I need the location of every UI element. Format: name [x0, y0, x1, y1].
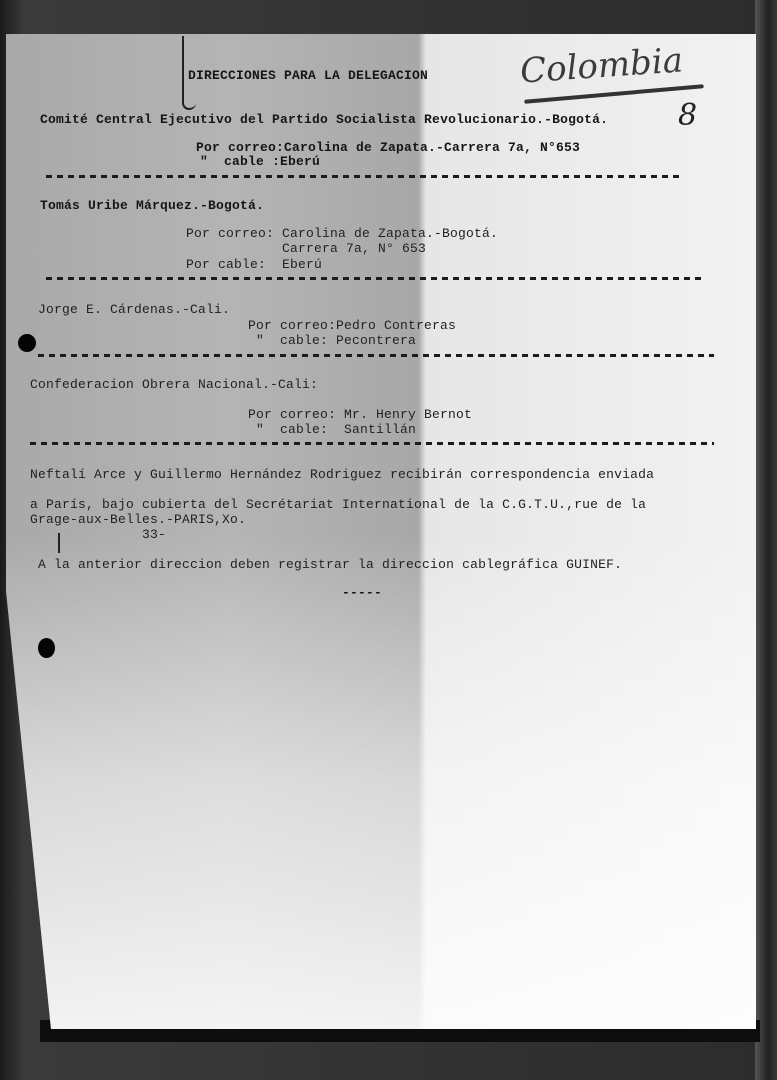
entry-line: Por correo: Mr. Henry Bernot: [248, 407, 472, 422]
entry-line: Por correo:Carolina de Zapata.-Carrera 7…: [196, 140, 580, 155]
document-title: DIRECCIONES PARA LA DELEGACION: [188, 68, 428, 83]
paragraph-line: A la anterior direccion deben registrar …: [38, 557, 622, 572]
entry-heading: Tomás Uribe Márquez.-Bogotá.: [40, 198, 264, 213]
paragraph-line: a París, bajo cubierta del Secrétariat I…: [30, 497, 646, 512]
punch-hole: [38, 638, 55, 658]
end-mark: -----: [342, 585, 382, 600]
paragraph-line: 33-: [142, 527, 166, 542]
paragraph-line: Grage-aux-Belles.-PARIS,Xo.: [30, 512, 246, 527]
separator-line: [30, 442, 714, 445]
separator-line: [46, 277, 702, 280]
entry-line: Carrera 7a, N° 653: [186, 241, 426, 256]
page-number: 8: [678, 98, 697, 133]
separator-line: [46, 175, 680, 178]
paragraph-line: Neftalí Arce y Guillermo Hernández Rodri…: [30, 467, 654, 482]
entry-line: " cable :Eberú: [200, 154, 320, 169]
entry-heading: Comité Central Ejecutivo del Partido Soc…: [40, 112, 608, 127]
entry-line: Por cable: Eberú: [186, 257, 322, 272]
entry-line: Por correo: Carolina de Zapata.-Bogotá.: [186, 226, 498, 241]
entry-heading: Confederacion Obrera Nacional.-Cali:: [30, 377, 318, 392]
entry-line: Por correo:Pedro Contreras: [248, 318, 456, 333]
separator-line: [38, 354, 714, 357]
document-page: [6, 34, 756, 1029]
entry-heading: Jorge E. Cárdenas.-Cali.: [38, 302, 230, 317]
entry-line: " cable: Pecontrera: [248, 333, 416, 348]
pencil-mark: [58, 533, 60, 553]
entry-line: " cable: Santillán: [248, 422, 416, 437]
scan-edge: [755, 0, 777, 1080]
punch-hole: [18, 334, 36, 352]
